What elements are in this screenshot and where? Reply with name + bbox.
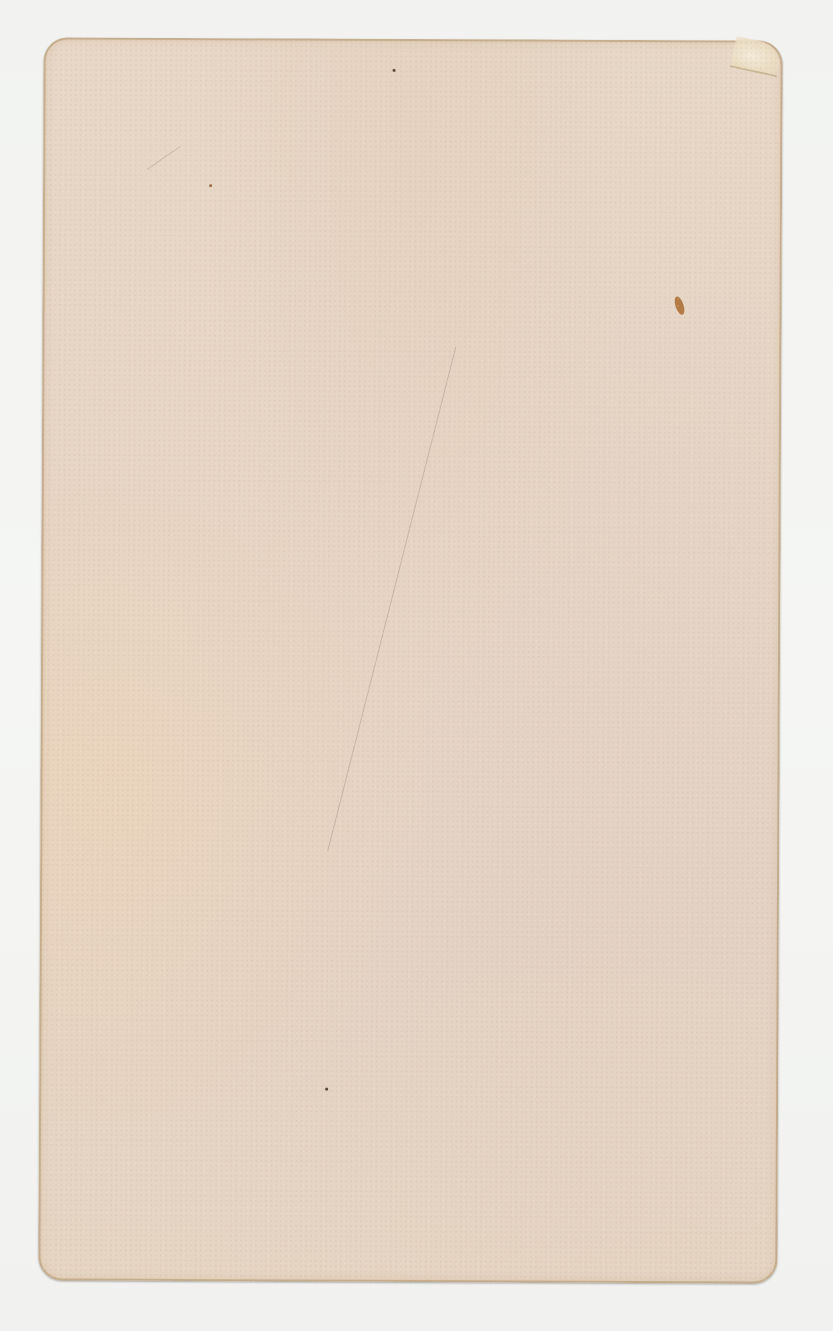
speck [393,69,396,72]
surface-scratch [327,347,456,851]
surface-scratch [147,146,180,170]
rust-spot [673,295,686,316]
speck [209,184,212,187]
antique-card-back [38,37,782,1283]
speck [325,1088,328,1091]
